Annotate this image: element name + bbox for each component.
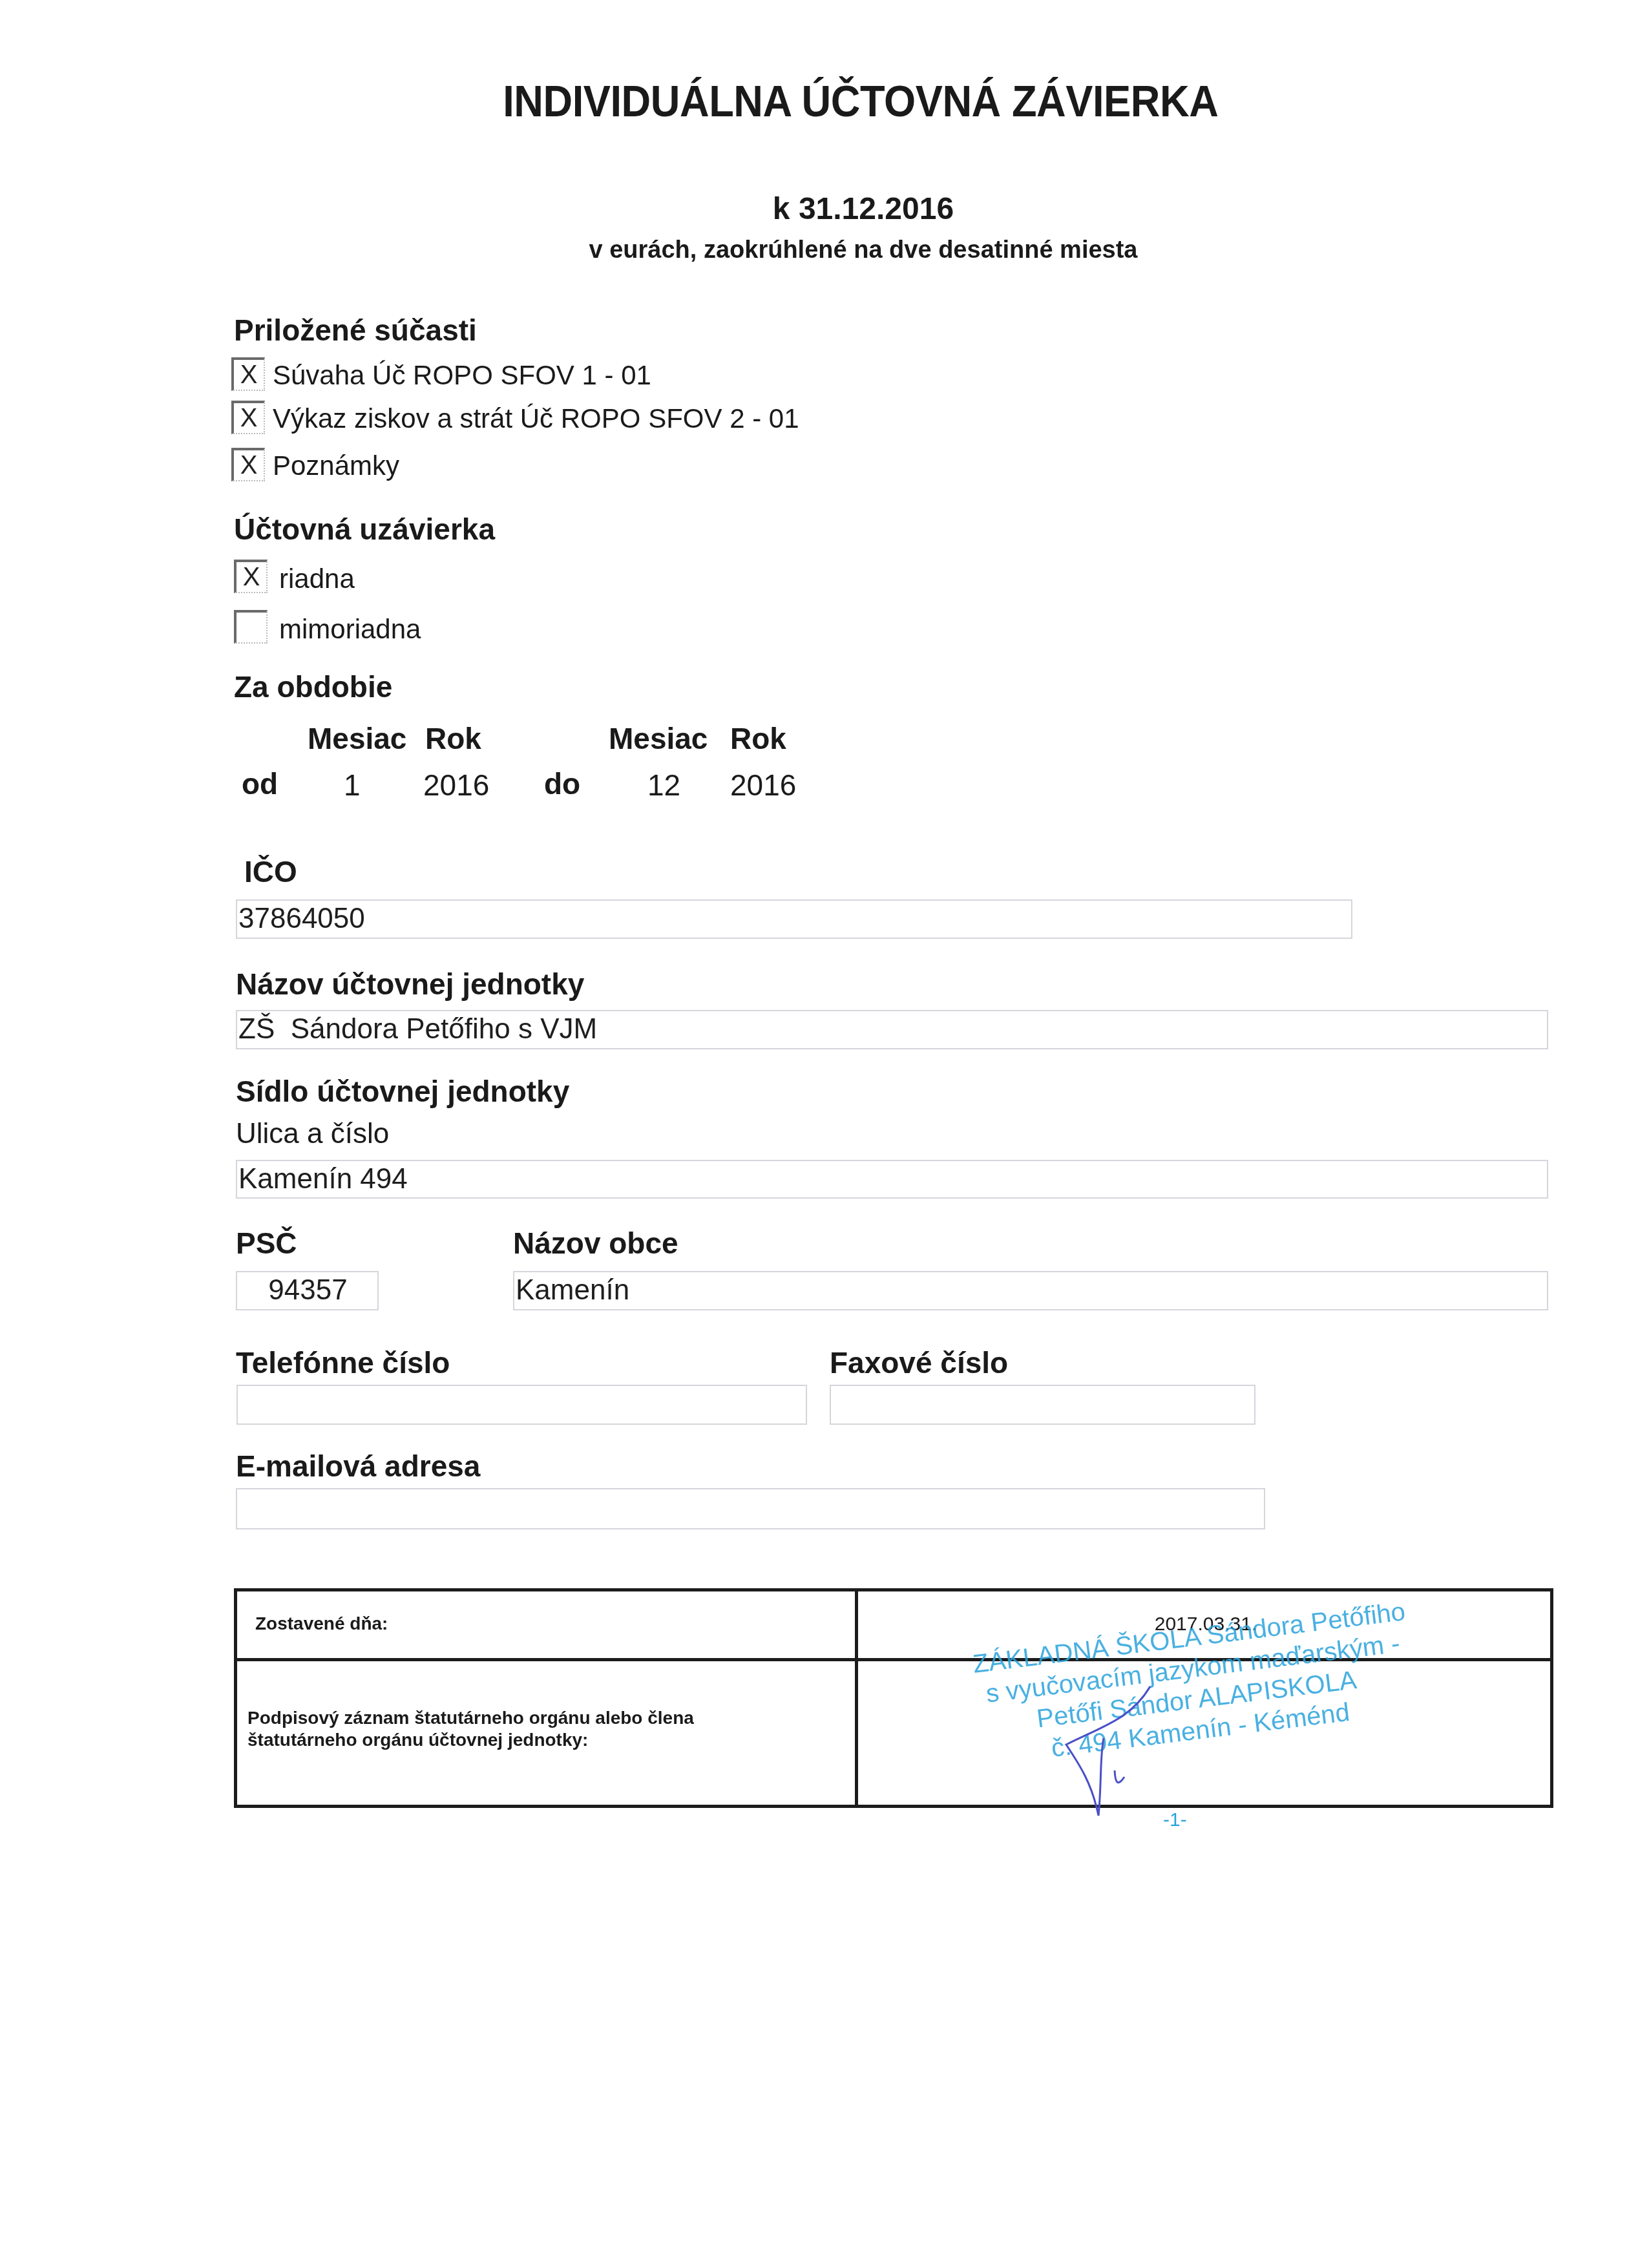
street-label: Ulica a číslo — [236, 1118, 389, 1150]
psc-label: PSČ — [236, 1226, 297, 1261]
as-of-date: k 31.12.2016 — [0, 191, 1649, 227]
to-month-label: Mesiac — [609, 721, 708, 756]
from-month-label: Mesiac — [308, 721, 406, 756]
checkbox-suvaha[interactable]: X — [231, 357, 265, 391]
attachment-label-suvaha: Súvaha Úč ROPO SFOV 1 - 01 — [273, 360, 651, 391]
signature-label-line1: Podpisový záznam štatutárneho orgánu ale… — [247, 1708, 694, 1728]
to-label: do — [544, 766, 580, 801]
city-label: Názov obce — [513, 1226, 678, 1261]
from-year-label: Rok — [425, 721, 481, 756]
checkbox-vykaz[interactable]: X — [231, 401, 265, 434]
psc-field[interactable]: 94357 — [236, 1271, 379, 1310]
phone-label: Telefónne číslo — [236, 1345, 450, 1380]
attachment-label-vykaz: Výkaz ziskov a strát Úč ROPO SFOV 2 - 01 — [273, 403, 799, 434]
compiled-date-label: Zostavené dňa: — [255, 1613, 388, 1634]
ico-label: IČO — [244, 854, 297, 889]
entity-name-field[interactable]: ZŠ Sándora Petőfiho s VJM — [236, 1010, 1548, 1049]
option-label-riadna: riadna — [279, 563, 355, 594]
city-field[interactable]: Kamenín — [513, 1271, 1548, 1310]
entity-name-label: Názov účtovnej jednotky — [236, 967, 584, 1002]
phone-field[interactable] — [236, 1385, 807, 1425]
fax-field[interactable] — [830, 1385, 1255, 1425]
street-field[interactable]: Kamenín 494 — [236, 1160, 1548, 1199]
signature-icon — [1053, 1680, 1170, 1822]
closing-type-heading: Účtovná uzávierka — [234, 512, 495, 547]
email-label: E-mailová adresa — [236, 1449, 480, 1484]
to-year-value[interactable]: 2016 — [730, 768, 796, 803]
currency-note: v eurách, zaokrúhlené na dve desatinné m… — [0, 236, 1649, 264]
signature-label-line2: štatutárneho orgánu účtovnej jednotky: — [247, 1730, 588, 1750]
checkbox-riadna[interactable]: X — [234, 560, 268, 593]
to-year-label: Rok — [730, 721, 786, 756]
document-title: INDIVIDUÁLNA ÚČTOVNÁ ZÁVIERKA — [58, 76, 1591, 127]
from-month-value[interactable]: 1 — [344, 768, 361, 803]
ico-field[interactable]: 37864050 — [236, 899, 1352, 939]
from-year-value[interactable]: 2016 — [423, 768, 489, 803]
entity-seat-label: Sídlo účtovnej jednotky — [236, 1074, 569, 1109]
option-label-mimoriadna: mimoriadna — [279, 614, 421, 645]
checkbox-poznamky[interactable]: X — [231, 448, 265, 481]
period-heading: Za obdobie — [234, 669, 392, 704]
attachment-label-poznamky: Poznámky — [273, 450, 399, 481]
email-field[interactable] — [236, 1488, 1265, 1529]
fax-label: Faxové číslo — [830, 1345, 1008, 1380]
page-number: -1- — [1163, 1809, 1187, 1831]
checkbox-mimoriadna[interactable] — [234, 610, 268, 644]
attachments-heading: Priložené súčasti — [234, 313, 477, 348]
from-label: od — [242, 766, 278, 801]
to-month-value[interactable]: 12 — [647, 768, 680, 803]
